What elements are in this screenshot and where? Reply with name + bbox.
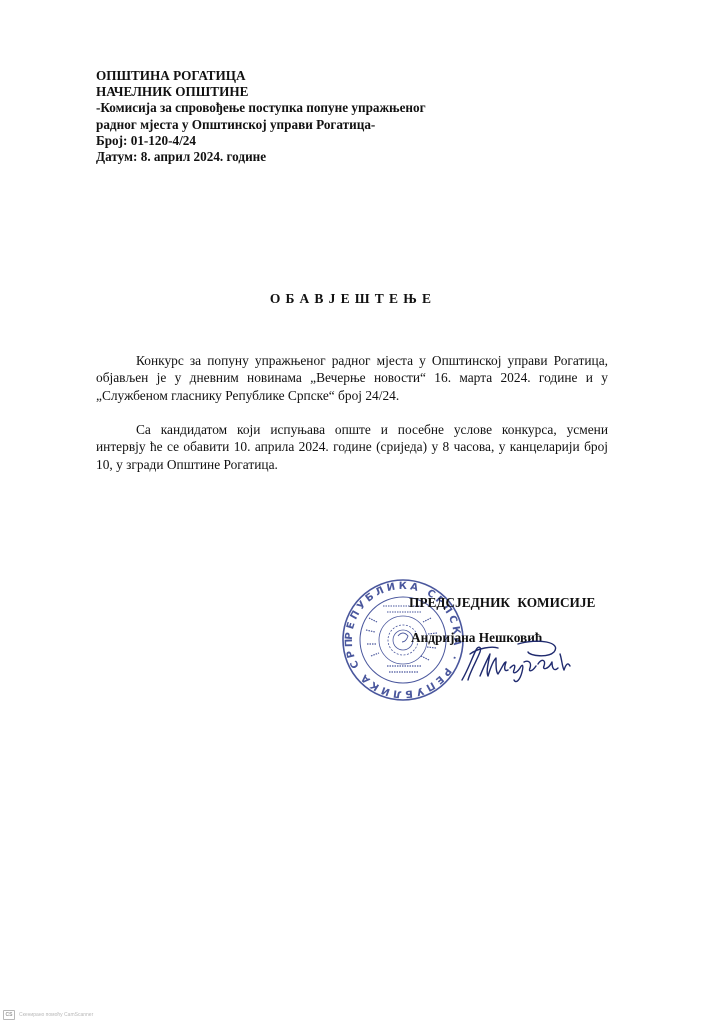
camscanner-icon: CS [3, 1010, 15, 1020]
document-date: Датум: 8. април 2024. године [96, 149, 426, 165]
paragraph-line: интервју ће се обавити 10. априла 2024. … [96, 438, 608, 455]
paragraph-line: Са кандидатом који испуњава опште и посе… [96, 421, 608, 438]
handwritten-signature-icon [458, 640, 578, 686]
commission-name-line-2: радног мјеста у Општинској управи Рогати… [96, 117, 426, 133]
paragraph-competition: Конкурс за попуну упражњеног радног мјес… [96, 352, 608, 404]
document-page: ОПШТИНА РОГАТИЦА НАЧЕЛНИК ОПШТИНЕ -Комис… [0, 0, 706, 1024]
commission-name-line-1: -Комисија за спровођење поступка попуне … [96, 100, 426, 116]
scanner-watermark: CS Скенирано помоћу CamScanner [3, 1010, 93, 1020]
scanner-watermark-text: Скенирано помоћу CamScanner [19, 1012, 93, 1018]
paragraph-interview: Са кандидатом који испуњава опште и посе… [96, 421, 608, 473]
paragraph-line: „Службеном гласнику Републике Српске“ бр… [96, 387, 608, 404]
paragraph-line: објављен је у дневним новинама „Вечерње … [96, 369, 608, 386]
office-name: НАЧЕЛНИК ОПШТИНЕ [96, 84, 426, 100]
signatory-title: ПРЕДСЈЕДНИК КОМИСИЈЕ [409, 595, 595, 611]
paragraph-line: Конкурс за попуну упражњеног радног мјес… [96, 352, 608, 369]
municipality-name: ОПШТИНА РОГАТИЦА [96, 68, 426, 84]
reference-number: Број: 01-120-4/24 [96, 133, 426, 149]
document-header: ОПШТИНА РОГАТИЦА НАЧЕЛНИК ОПШТИНЕ -Комис… [96, 68, 426, 165]
document-title: ОБАВЈЕШТЕЊЕ [0, 291, 706, 307]
paragraph-line: 10, у згради Општине Рогатица. [96, 456, 608, 473]
